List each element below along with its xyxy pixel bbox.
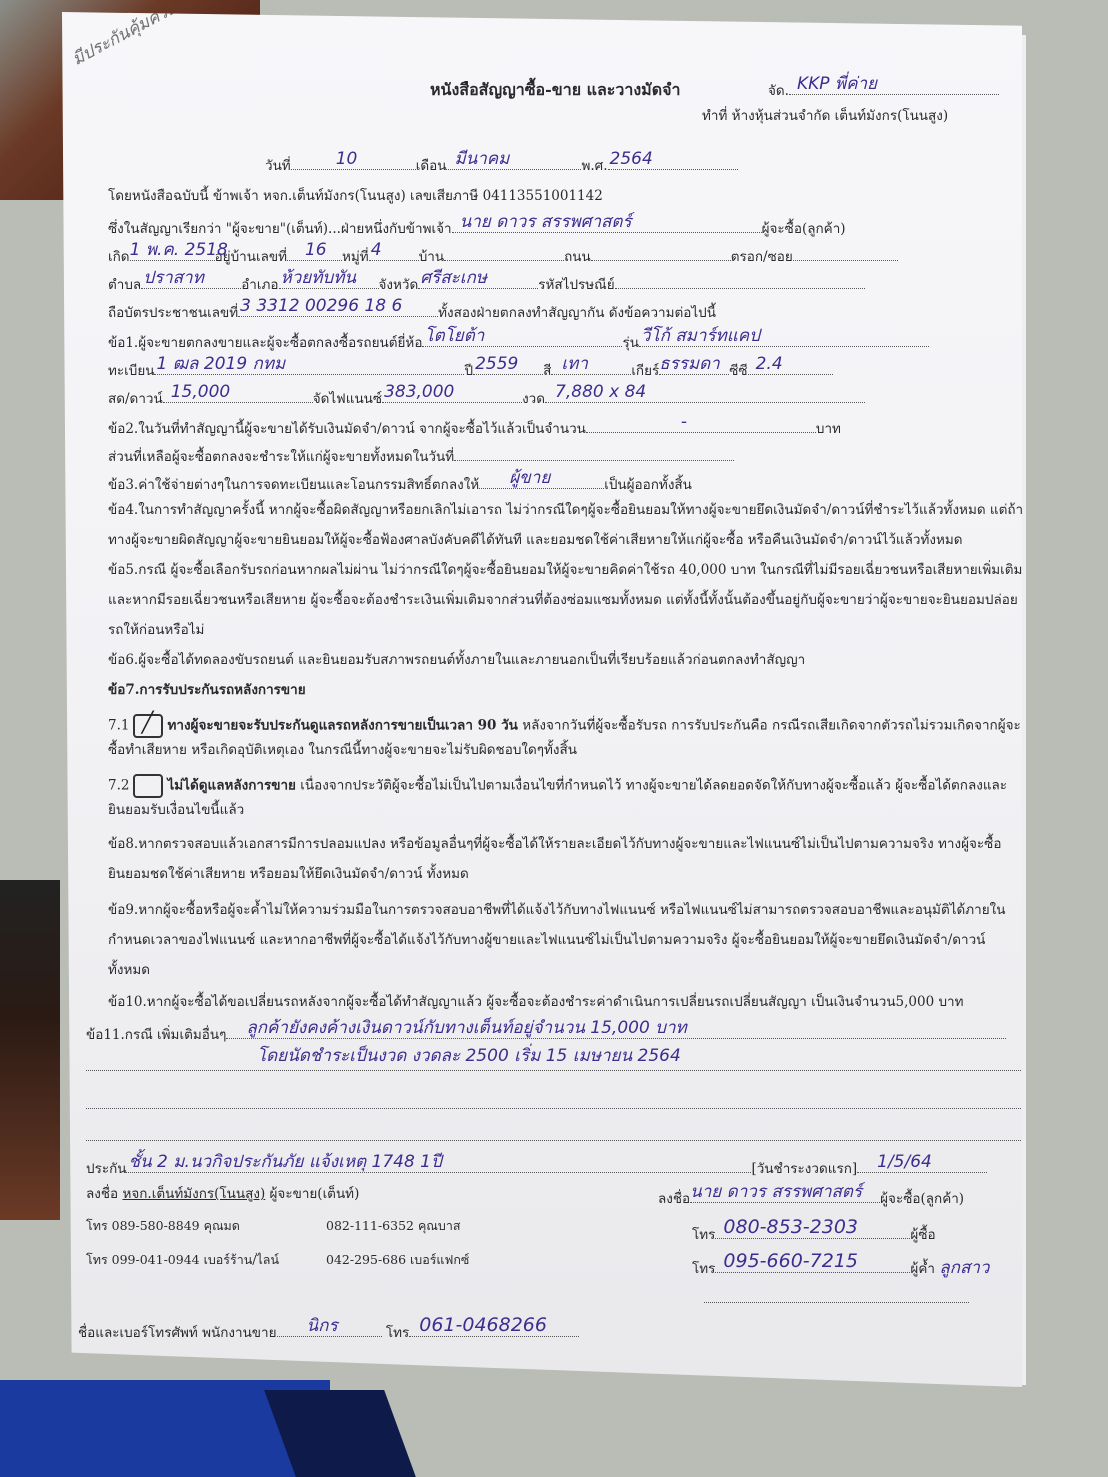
buyer-signature[interactable]: นาย ดาวร สรรพศาสตร์ xyxy=(690,1184,862,1201)
remain-text: ส่วนที่เหลือผู้จะซื้อตกลงจะชำระให้แก่ผู้… xyxy=(108,449,454,465)
salesperson-label: ชื่อและเบอร์โทรศัพท์ พนักงานขาย xyxy=(78,1325,277,1341)
clause8-line1: ข้อ8.หากตรวจสอบแล้วเอกสารมีการปลอมแปลง ห… xyxy=(108,838,1001,852)
salesperson-phone-value[interactable]: 061-0468266 xyxy=(419,1316,547,1335)
clause7-option1: 7.1╱ทางผู้จะขายจะรับประกันดูแลรถหลังการข… xyxy=(108,714,1021,738)
buyer-sign-role: ผู้จะซื้อ(ลูกค้า) xyxy=(880,1191,964,1207)
extra-signature-rule xyxy=(704,1302,969,1303)
car-year-label: ปี xyxy=(464,363,473,379)
district-value[interactable]: ห้วยทับทัน xyxy=(281,270,357,287)
postal-label: รหัสไปรษณีย์ xyxy=(538,277,614,293)
salesperson-row: ชื่อและเบอร์โทรศัพท์ พนักงานขายนิกร โทร0… xyxy=(78,1322,579,1341)
brand-label: ข้อ1.ผู้จะขายตกลงขายและผู้จะซื้อตกลงซื้อ… xyxy=(108,335,422,351)
clause7-option1-line2: ซื้อทำเสียหาย หรือเกิดอุบัติเหตุเอง ในกร… xyxy=(108,744,577,758)
clause1-payment-row: สด/ดาวน์15,000จัดไฟแนนซ์383,000งวด7,880 … xyxy=(108,388,865,407)
clause11-line2-value[interactable]: โดยนัดชำระเป็นงวด งวดละ 2500 เริ่ม 15 เม… xyxy=(257,1048,681,1065)
color-label: สี xyxy=(543,363,551,379)
seller-phone-4: 042-295-686 เบอร์แฟกซ์ xyxy=(326,1254,469,1267)
option2-number: 7.2 xyxy=(108,778,129,794)
clause5-line3: รถให้ก่อนหรือไม่ xyxy=(108,624,204,638)
clause2-text: ข้อ2.ในวันที่ทำสัญญานี้ผู้จะขายได้รับเงิ… xyxy=(108,421,586,437)
model-label: รุ่น xyxy=(622,335,638,351)
insurance-label: ประกัน xyxy=(86,1161,126,1177)
branch-label: จัด. xyxy=(768,83,789,99)
option2-checkbox[interactable] xyxy=(133,774,163,798)
year-label: พ.ศ. xyxy=(581,158,607,174)
cc-label: ซีซี xyxy=(729,363,747,379)
month-label: เดือน xyxy=(416,158,447,174)
cc-value[interactable]: 2.4 xyxy=(756,356,783,373)
clause9-line2: กำหนดเวลาของไฟแนนซ์ และหากอาชีพที่ผู้จะซ… xyxy=(108,934,985,948)
clause3-text: ข้อ3.ค่าใช้จ่ายต่างๆในการจดทะเบียนและโอน… xyxy=(108,477,479,493)
date-row: วันที่10เดือนมีนาคมพ.ศ.2564 xyxy=(265,155,738,174)
clause1-vehicle-row: ข้อ1.ผู้จะขายตกลงขายและผู้จะซื้อตกลงซื้อ… xyxy=(108,332,929,351)
first-payment-label: [วันชำระงวดแรก] xyxy=(751,1161,857,1177)
installment-label: งวด xyxy=(522,391,545,407)
clause5-line2: และหากมีรอยเฉี่ยวชนหรือเสียหาย ผู้จะซื้อ… xyxy=(108,594,1018,608)
check-mark-icon: ╱ xyxy=(141,712,153,732)
subdistrict-value[interactable]: ปราสาท xyxy=(143,270,204,287)
insurance-value[interactable]: ชั้น 2 ม.นวกิจประกันภัย แจ้งเหตุ 1748 1ป… xyxy=(128,1154,441,1171)
clause7-option2-line2: ยินยอมรับเงื่อนไขนี้แล้ว xyxy=(108,804,244,818)
buyer-name-row: ซึ่งในสัญญาเรียกว่า "ผู้จะขาย"(เต็นท์)..… xyxy=(108,218,846,237)
deposit-amount-value[interactable]: - xyxy=(681,414,687,431)
clause10-text: ข้อ10.หากผู้จะซื้อได้ขอเปลี่ยนรถหลังจากผ… xyxy=(108,996,964,1010)
province-value[interactable]: ศรีสะเกษ xyxy=(420,270,487,287)
moo-value[interactable]: 4 xyxy=(371,242,382,259)
village-label: บ้าน xyxy=(419,249,444,265)
document-title: หนังสือสัญญาซื้อ-ขาย และวางมัดจำ xyxy=(430,82,680,98)
down-label: สด/ดาวน์ xyxy=(108,391,163,407)
made-at: ทำที่ ห้างหุ้นส่วนจำกัด เต็นท์มังกร(โนนส… xyxy=(702,110,948,124)
id-number-value[interactable]: 3 3312 00296 18 6 xyxy=(240,298,402,315)
reg-label: ทะเบียน xyxy=(108,363,154,379)
agree-text: ทั้งสองฝ่ายตกลงทำสัญญากัน ดังข้อความต่อไ… xyxy=(438,305,716,321)
option2-bold-text: ไม่ได้ดูแลหลังการขาย xyxy=(167,778,295,794)
buyer-phone-label: โทร xyxy=(692,1227,715,1243)
finance-value[interactable]: 383,000 xyxy=(384,384,454,401)
intro-text: โดยหนังสือฉบับนี้ ข้าพเจ้า หจก.เต็นท์มัง… xyxy=(108,190,603,204)
branch-value[interactable]: KKP พี่ค่าย xyxy=(797,76,877,93)
moo-label: หมู่ที่ xyxy=(342,249,369,265)
clause11-rule3 xyxy=(86,1108,1021,1109)
seller-sign-label: ลงชื่อ xyxy=(86,1186,118,1202)
clause2-remain-row: ส่วนที่เหลือผู้จะซื้อตกลงจะชำระให้แก่ผู้… xyxy=(108,446,734,465)
clause8-line2: ยินยอมชดใช้ค่าเสียหาย หรือยอมให้ยึดเงินม… xyxy=(108,868,469,882)
salesperson-name-value[interactable]: นิกร xyxy=(307,1318,338,1335)
buyer-phone-value[interactable]: 080-853-2303 xyxy=(723,1218,858,1237)
down-value[interactable]: 15,000 xyxy=(171,384,230,401)
buyer-phone-role: ผู้ซื้อ xyxy=(910,1227,935,1243)
buyer-phone-row: โทร080-853-2303ผู้ซื้อ xyxy=(692,1224,936,1243)
salesperson-phone-label: โทร xyxy=(386,1325,409,1341)
clause9-line1: ข้อ9.หากผู้จะซื้อหรือผู้จะค้ำไม่ให้ความร… xyxy=(108,904,1005,918)
seller-phone-1: โทร 089-580-8849 คุณมด xyxy=(86,1220,240,1233)
clause7-heading: ข้อ7.การรับประกันรถหลังการขาย xyxy=(108,684,306,698)
clause1-registration-row: ทะเบียน1 ฒล 2019 กทมปี2559สีเทาเกียร์ธรร… xyxy=(108,360,833,379)
guarantor-phone-label: โทร xyxy=(692,1261,715,1277)
clause9-line3: ทั้งหมด xyxy=(108,964,150,978)
district-label: อำเภอ xyxy=(241,277,278,293)
clause11-rule4 xyxy=(86,1140,1021,1141)
option2-text: เนื่องจากประวัติผู้จะซื้อไม่เป็นไปตามเงื… xyxy=(296,778,1007,794)
option1-bold-text: ทางผู้จะขายจะรับประกันดูแลรถหลังการขายเป… xyxy=(167,718,517,734)
seller-phone-2: 082-111-6352 คุณบาส xyxy=(326,1220,461,1233)
option1-checkbox[interactable]: ╱ xyxy=(133,714,163,738)
clause2-row: ข้อ2.ในวันที่ทำสัญญานี้ผู้จะขายได้รับเงิ… xyxy=(108,418,841,437)
house-no-value[interactable]: 16 xyxy=(305,242,327,259)
seller-phrase: ซึ่งในสัญญาเรียกว่า "ผู้จะขาย"(เต็นท์)..… xyxy=(108,221,452,237)
gear-value[interactable]: ธรรมดา xyxy=(659,356,719,373)
buyer-role: ผู้จะซื้อ(ลูกค้า) xyxy=(762,221,846,237)
clause3-row: ข้อ3.ค่าใช้จ่ายต่างๆในการจดทะเบียนและโอน… xyxy=(108,474,692,493)
baht-unit: บาท xyxy=(816,421,841,437)
day-value[interactable]: 10 xyxy=(336,151,358,168)
clause4-line2: ทางผู้จะขายผิดสัญญาผู้จะขายยินยอมให้ผู้จ… xyxy=(108,534,963,548)
gear-label: เกียร์ xyxy=(631,363,659,379)
installment-value[interactable]: 7,880 x 84 xyxy=(555,384,646,401)
finance-label: จัดไฟแนนซ์ xyxy=(313,391,382,407)
guarantor-phone-value[interactable]: 095-660-7215 xyxy=(723,1252,858,1271)
clause11-label: ข้อ11.กรณี เพิ่มเติมอื่นๆ xyxy=(86,1027,226,1043)
clause11-rule2 xyxy=(86,1070,1021,1071)
guarantor-role: ผู้ค้ำ xyxy=(910,1261,935,1277)
reg-value[interactable]: 1 ฒล 2019 กทม xyxy=(156,356,285,373)
clause11-row: ข้อ11.กรณี เพิ่มเติมอื่นๆลูกค้ายังคงค้าง… xyxy=(86,1024,1006,1043)
guarantor-note: ลูกสาว xyxy=(939,1258,989,1278)
year-value[interactable]: 2564 xyxy=(610,151,653,168)
seller-phone-3: โทร 099-041-0944 เบอร์ร้าน/ไลน์ xyxy=(86,1254,279,1267)
clause4-line1: ข้อ4.ในการทำสัญญาครั้งนี้ หากผู้จะซื้อผิ… xyxy=(108,504,1023,518)
background-wood-edge xyxy=(0,880,60,1220)
guarantor-phone-row: โทร095-660-7215ผู้ค้ำ ลูกสาว xyxy=(692,1258,989,1277)
insurance-row: ประกันชั้น 2 ม.นวกิจประกันภัย แจ้งเหตุ 1… xyxy=(86,1158,987,1177)
buyer-sign-row: ลงชื่อนาย ดาวร สรรพศาสตร์ผู้จะซื้อ(ลูกค้… xyxy=(658,1188,964,1207)
id-label: ถือบัตรประชาชนเลขที่ xyxy=(108,305,238,321)
buyer-location-row: ตำบลปราสาทอำเภอห้วยทับทันจังหวัดศรีสะเกษ… xyxy=(108,274,865,293)
payer-value[interactable]: ผู้ขาย xyxy=(509,470,550,487)
car-year-value[interactable]: 2559 xyxy=(475,356,518,373)
model-value[interactable]: วีโก้ สมาร์ทแคป xyxy=(641,328,760,345)
brand-value[interactable]: โตโยต้า xyxy=(424,328,484,345)
color-value[interactable]: เทา xyxy=(561,356,588,373)
clause3-suffix: เป็นผู้ออกทั้งสิ้น xyxy=(604,477,692,493)
clause7-option2: 7.2ไม่ได้ดูแลหลังการขาย เนื่องจากประวัติ… xyxy=(108,774,1007,798)
subdistrict-label: ตำบล xyxy=(108,277,141,293)
clause6-text: ข้อ6.ผู้จะซื้อได้ทดลองขับรถยนต์ และยินยอ… xyxy=(108,654,805,668)
clause5-line1: ข้อ5.กรณี ผู้จะซื้อเลือกรับรถก่อนหากผลไม… xyxy=(108,564,1022,578)
contract-document: มีประกันคุ้มครอง หนังสือสัญญาซื้อ-ขาย แล… xyxy=(62,12,1022,1387)
seller-sign-row: ลงชื่อ หจก.เต็นท์มังกร(โนนสูง) ผู้จะขาย(… xyxy=(86,1188,359,1202)
option1-number: 7.1 xyxy=(108,718,129,734)
option1-text: หลังจากวันที่ผู้จะซื้อรับรถ การรับประกัน… xyxy=(518,718,1021,734)
seller-sign-name: หจก.เต็นท์มังกร(โนนสูง) xyxy=(122,1186,265,1202)
seller-sign-role: ผู้จะขาย(เต็นท์) xyxy=(270,1186,360,1202)
buyer-sign-label: ลงชื่อ xyxy=(658,1191,690,1207)
buyer-name-value[interactable]: นาย ดาวร สรรพศาสตร์ xyxy=(460,214,632,231)
day-label: วันที่ xyxy=(265,158,291,174)
province-label: จังหวัด xyxy=(379,277,419,293)
id-row: ถือบัตรประชาชนเลขที่3 3312 00296 18 6ทั้… xyxy=(108,302,716,321)
born-label: เกิด xyxy=(108,249,130,265)
month-value[interactable]: มีนาคม xyxy=(454,151,509,168)
clause11-line1-value[interactable]: ลูกค้ายังคงค้างเงินดาวน์กับทางเต็นท์อยู่… xyxy=(246,1020,686,1037)
born-value[interactable]: 1 พ.ค. 2518 xyxy=(130,242,228,259)
buyer-address-row: เกิด1 พ.ค. 2518อยู่บ้านเลขที่16หมู่ที่4บ… xyxy=(108,246,898,265)
road-label: ถนน xyxy=(564,249,591,265)
first-payment-value[interactable]: 1/5/64 xyxy=(877,1154,932,1171)
branch-field: จัด.KKP พี่ค่าย xyxy=(768,80,999,99)
alley-label: ตรอก/ซอย xyxy=(731,249,793,265)
